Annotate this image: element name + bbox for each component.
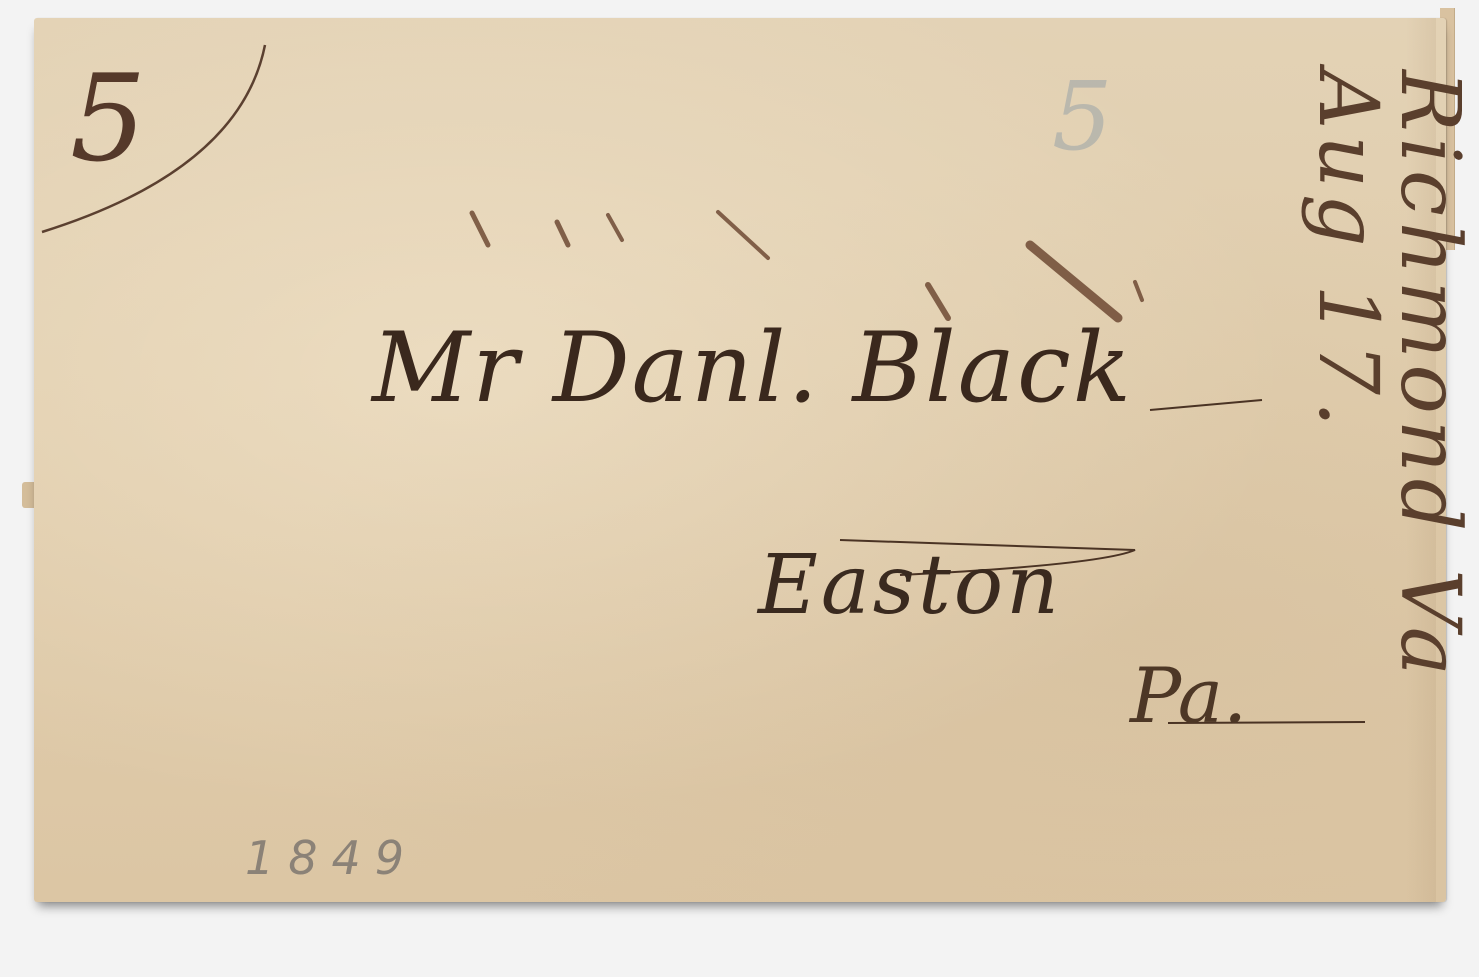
scanned-cover: 5 5 Mr Danl. Black Easton Pa. Richmond V… (0, 0, 1479, 977)
addressee-name: Mr Danl. Black (372, 320, 1133, 416)
manuscript-postmark: Richmond Va Aug 17. (1306, 70, 1470, 682)
letter-sheet (34, 18, 1446, 902)
address-state: Pa. (1130, 658, 1247, 734)
postmark-date: Aug 17. (1306, 70, 1388, 682)
pencil-rate-marking: 5 (1052, 70, 1112, 165)
address-city: Easton (758, 545, 1062, 627)
pencil-docket-year: 1849 (245, 835, 418, 881)
rate-marking: 5 (70, 60, 146, 180)
postmark-town: Richmond Va (1382, 70, 1477, 682)
